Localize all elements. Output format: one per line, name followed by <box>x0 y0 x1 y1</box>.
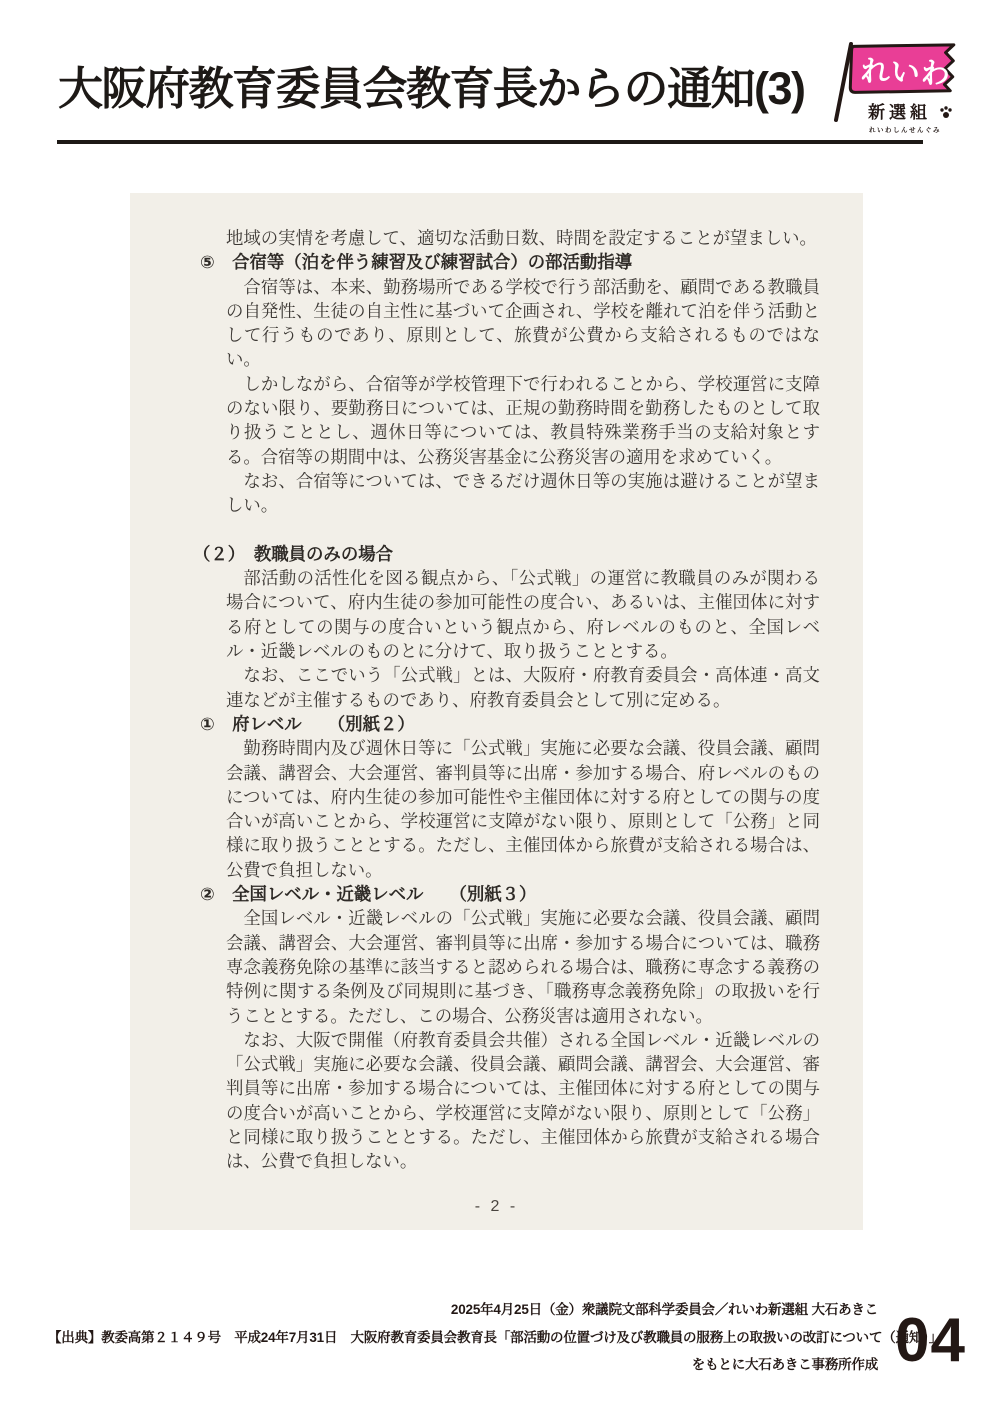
logo-subtitle: 新選組 <box>868 102 931 122</box>
doc-heading: （２） 教職員のみの場合 <box>193 542 820 566</box>
reiwa-shinsengumi-logo: れいわ 新選組 れいわしんせんぐみ <box>826 38 968 140</box>
doc-heading: ⑤ 合宿等（泊を伴う練習及び練習試合）の部活動指導 <box>200 250 820 274</box>
page-marker: - 2 - <box>130 1198 863 1216</box>
doc-paragraph: 部活動の活性化を図る観点から、「公式戦」の運営に教職員のみが関わる場合について、… <box>226 566 820 663</box>
flag-pole-icon <box>836 44 851 120</box>
doc-paragraph: なお、大阪で開催（府教育委員会共催）される全国レベル・近畿レベルの「公式戦」実施… <box>226 1028 820 1174</box>
doc-blocks: 地域の実情を考慮して、適切な活動日数、時間を設定することが望ましい。⑤ 合宿等（… <box>226 226 820 1174</box>
doc-spacer <box>226 518 820 542</box>
footer-line-3: をもとに大石あきこ事務所作成 <box>48 1351 878 1379</box>
doc-paragraph: 合宿等は、本来、勤務場所である学校で行う部活動を、顧問である教職員の自発性、生徒… <box>226 275 820 372</box>
doc-paragraph: しかしながら、合宿等が学校管理下で行われることから、学校運営に支障のない限り、要… <box>226 372 820 469</box>
logo-reading: れいわしんせんぐみ <box>869 125 941 134</box>
big-page-number: 04 <box>895 1310 966 1372</box>
document-page: 地域の実情を考慮して、適切な活動日数、時間を設定することが望ましい。⑤ 合宿等（… <box>130 193 863 1230</box>
doc-paragraph: なお、合宿等については、できるだけ週休日等の実施は避けることが望ましい。 <box>226 469 820 518</box>
doc-paragraph: 地域の実情を考慮して、適切な活動日数、時間を設定することが望ましい。 <box>226 226 820 250</box>
doc-paragraph: 全国レベル・近畿レベルの「公式戦」実施に必要な会議、役員会議、顧問会議、講習会、… <box>226 906 820 1027</box>
doc-heading: ② 全国レベル・近畿レベル （別紙３） <box>200 882 820 906</box>
title-divider <box>57 140 923 144</box>
doc-paragraph: 勤務時間内及び週休日等に「公式戦」実施に必要な会議、役員会議、顧問会議、講習会、… <box>226 736 820 882</box>
doc-heading: ① 府レベル （別紙２） <box>200 712 820 736</box>
footer-source-line: 【出典】教委高第２１４９号 平成24年7月31日 大阪府教育委員会教育長「部活動… <box>48 1324 878 1352</box>
page-title: 大阪府教育委員会教育長からの通知(3) <box>58 52 805 117</box>
footer-credits: 2025年4月25日（金）衆議院文部科学委員会／れいわ新選組 大石あきこ 【出典… <box>48 1296 878 1379</box>
paw-icon <box>940 106 951 118</box>
doc-paragraph: なお、ここでいう「公式戦」とは、大阪府・府教育委員会・高体連・高文連などが主催す… <box>226 663 820 712</box>
footer-line-1: 2025年4月25日（金）衆議院文部科学委員会／れいわ新選組 大石あきこ <box>48 1296 878 1324</box>
logo-flag-text: れいわ <box>860 56 951 91</box>
page: 大阪府教育委員会教育長からの通知(3) れいわ 新選組 れいわしんせんぐみ 地域… <box>0 0 994 1401</box>
